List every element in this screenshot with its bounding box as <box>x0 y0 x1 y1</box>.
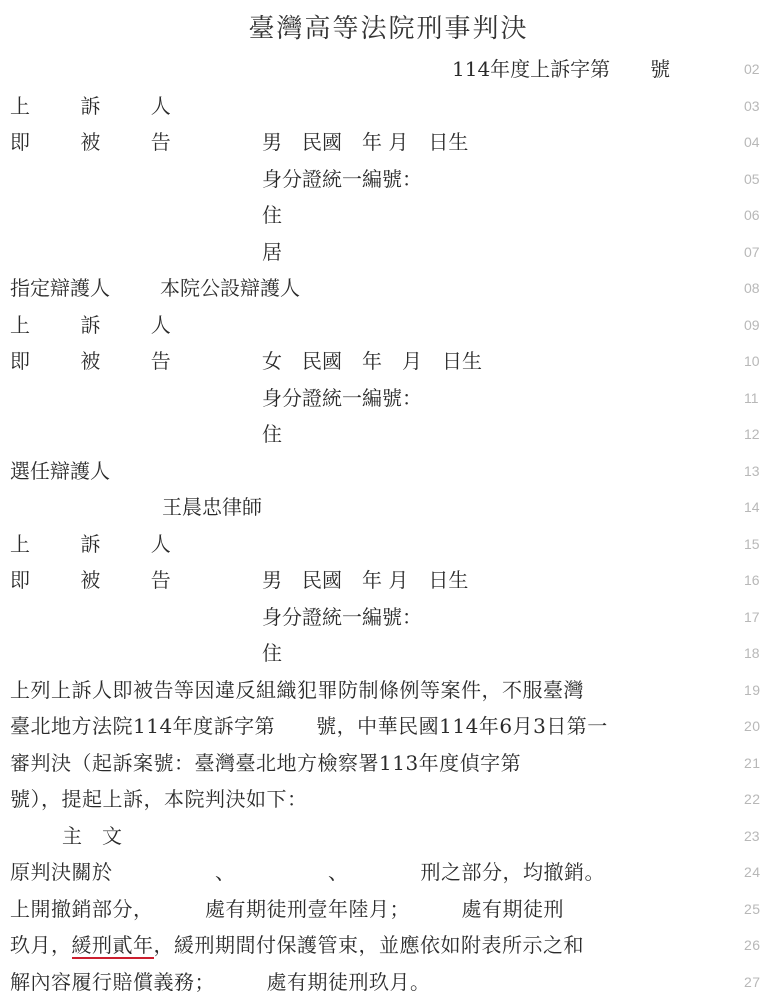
line-number: 25 <box>744 891 774 927</box>
section-heading: 主 文 <box>62 818 122 854</box>
line-number: 05 <box>744 161 774 197</box>
body-text: 臺北地方法院114年度訴字第 號，中華民國114年6月3日第一 <box>10 708 608 744</box>
body-text: 玖月，緩刑貳年，緩刑期間付保護管束，並應依如附表所示之和 <box>10 927 584 963</box>
body-text: 上列上訴人即被告等因違反組織犯罪防制條例等案件，不服臺灣 <box>10 672 584 708</box>
line-number: 15 <box>744 526 774 562</box>
line-number: 03 <box>744 88 774 124</box>
body-line: 審判決（起訴案號：臺灣臺北地方檢察署113年度偵字第 21 <box>0 745 777 781</box>
counsel-label: 指定辯護人 <box>10 270 110 306</box>
body-text: 上開撤銷部分， 處有期徒刑壹年陸月； 處有期徒刑 <box>10 891 564 927</box>
party-row: 即 被 告 男 民國 年 月 日生 04 <box>0 124 777 160</box>
line-number: 04 <box>744 124 774 160</box>
id-label: 身分證統一編號： <box>262 599 422 635</box>
line-number: 19 <box>744 672 774 708</box>
id-label: 身分證統一編號： <box>262 161 422 197</box>
counsel-label: 選任辯護人 <box>10 453 110 489</box>
body-text: 解內容履行賠償義務； 處有期徒刑玖月。 <box>10 964 431 1000</box>
party-row: 住 12 <box>0 416 777 452</box>
gender-birth: 男 民國 年 月 日生 <box>262 124 468 160</box>
highlighted-probation-text: 緩刑貳年 <box>72 933 154 959</box>
line-number: 27 <box>744 964 774 1000</box>
body-line: 上開撤銷部分， 處有期徒刑壹年陸月； 處有期徒刑 25 <box>0 891 777 927</box>
section-heading-row: 主 文 23 <box>0 818 777 854</box>
body-line: 號），提起上訴，本院判決如下： 22 <box>0 781 777 817</box>
party-row: 住 06 <box>0 197 777 233</box>
case-number: 114年度上訴字第 號 <box>452 51 670 87</box>
party-row: 上 訴 人 09 <box>0 307 777 343</box>
line-number: 20 <box>744 708 774 744</box>
party-row: 上 訴 人 15 <box>0 526 777 562</box>
gender-birth: 女 民國 年 月 日生 <box>262 343 482 379</box>
case-number-row: 114年度上訴字第 號 02 <box>0 51 777 87</box>
role-defendant: 即 被 告 <box>10 124 193 160</box>
line-number: 08 <box>744 270 774 306</box>
line-number: 11 <box>744 380 774 416</box>
body-line: 上列上訴人即被告等因違反組織犯罪防制條例等案件，不服臺灣 19 <box>0 672 777 708</box>
line-number: 06 <box>744 197 774 233</box>
party-row: 身分證統一編號： 11 <box>0 380 777 416</box>
party-row: 身分證統一編號： 17 <box>0 599 777 635</box>
body-line: 原判決關於 、 、 刑之部分，均撤銷。 24 <box>0 854 777 890</box>
line-number: 26 <box>744 927 774 963</box>
counsel-row: 選任辯護人 13 <box>0 453 777 489</box>
line-number: 10 <box>744 343 774 379</box>
body-text-a: 玖月， <box>10 933 72 957</box>
document-title: 臺灣高等法院刑事判決 <box>0 8 777 45</box>
gender-birth: 男 民國 年 月 日生 <box>262 562 468 598</box>
counsel-name: 王晨忠律師 <box>162 489 262 525</box>
party-row: 即 被 告 男 民國 年 月 日生 16 <box>0 562 777 598</box>
role-appellant: 上 訴 人 <box>10 88 193 124</box>
party-row: 居 07 <box>0 234 777 270</box>
line-number: 13 <box>744 453 774 489</box>
line-number: 14 <box>744 489 774 525</box>
role-appellant: 上 訴 人 <box>10 526 193 562</box>
counsel-row: 王晨忠律師 14 <box>0 489 777 525</box>
line-number: 22 <box>744 781 774 817</box>
residence-label: 住 <box>262 416 282 452</box>
line-number: 02 <box>744 51 774 87</box>
body-line: 臺北地方法院114年度訴字第 號，中華民國114年6月3日第一 20 <box>0 708 777 744</box>
dwelling-label: 居 <box>262 234 282 270</box>
residence-label: 住 <box>262 197 282 233</box>
residence-label: 住 <box>262 635 282 671</box>
line-number: 07 <box>744 234 774 270</box>
body-text: 號），提起上訴，本院判決如下： <box>10 781 308 817</box>
counsel-row: 指定辯護人 本院公設辯護人 08 <box>0 270 777 306</box>
party-row: 即 被 告 女 民國 年 月 日生 10 <box>0 343 777 379</box>
role-defendant: 即 被 告 <box>10 562 193 598</box>
counsel-name: 本院公設辯護人 <box>160 270 300 306</box>
line-number: 24 <box>744 854 774 890</box>
body-text: 審判決（起訴案號：臺灣臺北地方檢察署113年度偵字第 <box>10 745 521 781</box>
id-label: 身分證統一編號： <box>262 380 422 416</box>
party-row: 身分證統一編號： 05 <box>0 161 777 197</box>
line-number: 16 <box>744 562 774 598</box>
line-number: 23 <box>744 818 774 854</box>
line-number: 09 <box>744 307 774 343</box>
body-text-b: ，緩刑期間付保護管束，並應依如附表所示之和 <box>154 933 585 957</box>
role-defendant: 即 被 告 <box>10 343 193 379</box>
line-number: 12 <box>744 416 774 452</box>
party-row: 上 訴 人 03 <box>0 88 777 124</box>
party-row: 住 18 <box>0 635 777 671</box>
line-number: 18 <box>744 635 774 671</box>
line-number: 21 <box>744 745 774 781</box>
body-text: 原判決關於 、 、 刑之部分，均撤銷。 <box>10 854 605 890</box>
body-line: 解內容履行賠償義務； 處有期徒刑玖月。 27 <box>0 964 777 1000</box>
line-number: 17 <box>744 599 774 635</box>
body-line: 玖月，緩刑貳年，緩刑期間付保護管束，並應依如附表所示之和 26 <box>0 927 777 963</box>
role-appellant: 上 訴 人 <box>10 307 193 343</box>
